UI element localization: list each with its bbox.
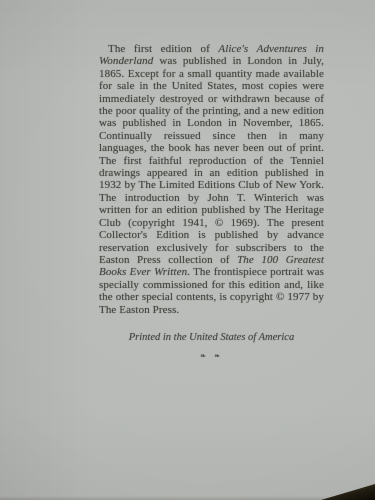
book-page-photo: The first edition of Alice's Adventures …: [0, 0, 375, 500]
photo-bottom-vignette: [0, 496, 375, 500]
printer-ornament-icon: ❧ ❧: [99, 352, 324, 360]
colophon-text-segment: was published in London in July, 1865. E…: [99, 55, 324, 266]
printed-in-usa-line: Printed in the United States of America: [99, 332, 324, 343]
colophon-block: The first edition of Alice's Adventures …: [99, 43, 324, 360]
colophon-text-segment: The first edition of: [108, 43, 218, 55]
colophon-paragraph: The first edition of Alice's Adventures …: [99, 43, 324, 316]
